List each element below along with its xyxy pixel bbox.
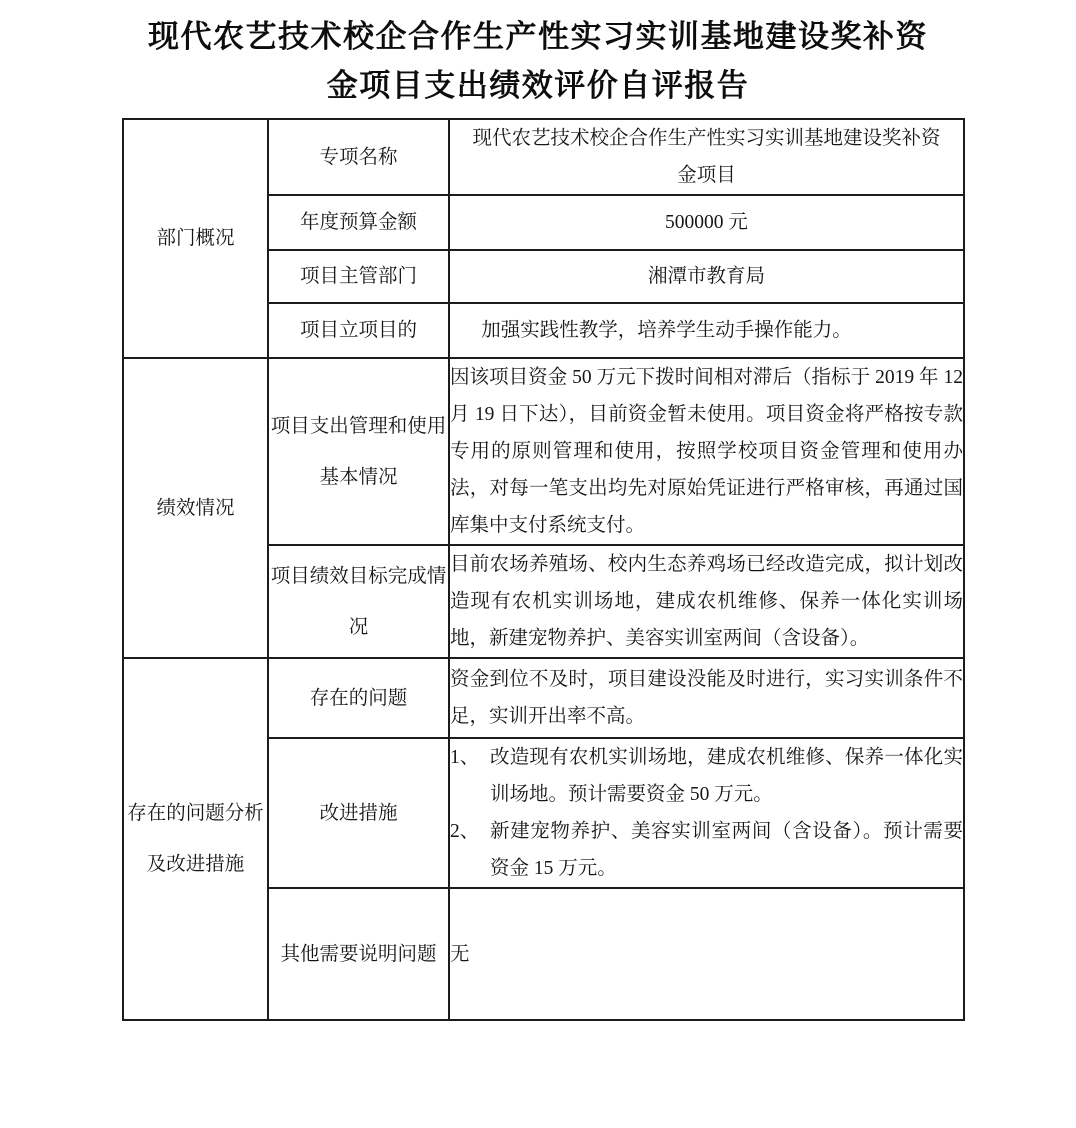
row-value-project-name: 现代农艺技术校企合作生产性实习实训基地建设奖补资金项目 — [449, 119, 964, 195]
row-value-other-notes: 无 — [449, 888, 964, 1020]
row-value-existing-problems: 资金到位不及时，项目建设没能及时进行，实习实训条件不足，实训开出率不高。 — [449, 658, 964, 738]
row-label-improvement-measures: 改进措施 — [268, 738, 449, 888]
table-row: 存在的问题分析及改进措施 存在的问题 资金到位不及时，项目建设没能及时进行，实习… — [123, 658, 964, 738]
measure-item-1-number: 1、 — [450, 739, 490, 813]
row-value-performance-goal-completion: 目前农场养殖场、校内生态养鸡场已经改造完成，拟计划改造现有农机实训场地，建成农机… — [449, 545, 964, 658]
row-value-improvement-measures: 1、 改造现有农机实训场地，建成农机维修、保养一体化实训场地。预计需要资金 50… — [449, 738, 964, 888]
report-title: 现代农艺技术校企合作生产性实习实训基地建设奖补资 金项目支出绩效评价自评报告 — [0, 0, 1076, 110]
table-row: 绩效情况 项目支出管理和使用基本情况 因该项目资金 50 万元下拨时间相对滞后（… — [123, 358, 964, 545]
row-label-other-notes: 其他需要说明问题 — [268, 888, 449, 1020]
row-label-project-purpose: 项目立项目的 — [268, 303, 449, 358]
measure-item-2-number: 2、 — [450, 813, 490, 887]
section-header-department-overview: 部门概况 — [123, 119, 268, 358]
section-header-problems-and-measures: 存在的问题分析及改进措施 — [123, 658, 268, 1020]
row-value-annual-budget: 500000 元 — [449, 195, 964, 250]
report-title-line1: 现代农艺技术校企合作生产性实习实训基地建设奖补资 — [0, 12, 1076, 61]
measure-item-1-text: 改造现有农机实训场地，建成农机维修、保养一体化实训场地。预计需要资金 50 万元… — [490, 739, 963, 813]
row-value-project-purpose: 加强实践性教学，培养学生动手操作能力。 — [449, 303, 964, 358]
measure-item-1: 1、 改造现有农机实训场地，建成农机维修、保养一体化实训场地。预计需要资金 50… — [450, 739, 963, 813]
row-label-supervising-department: 项目主管部门 — [268, 250, 449, 303]
row-value-expenditure-management: 因该项目资金 50 万元下拨时间相对滞后（指标于 2019 年 12 月 19 … — [449, 358, 964, 545]
row-label-existing-problems: 存在的问题 — [268, 658, 449, 738]
row-label-project-name: 专项名称 — [268, 119, 449, 195]
section-header-performance: 绩效情况 — [123, 358, 268, 658]
row-label-performance-goal-completion: 项目绩效目标完成情况 — [268, 545, 449, 658]
table-row: 部门概况 专项名称 现代农艺技术校企合作生产性实习实训基地建设奖补资金项目 — [123, 119, 964, 195]
measure-item-2: 2、 新建宠物养护、美容实训室两间（含设备）。预计需要资金 15 万元。 — [450, 813, 963, 887]
report-table: 部门概况 专项名称 现代农艺技术校企合作生产性实习实训基地建设奖补资金项目 年度… — [122, 118, 965, 1021]
row-value-supervising-department: 湘潭市教育局 — [449, 250, 964, 303]
row-label-annual-budget: 年度预算金额 — [268, 195, 449, 250]
measure-item-2-text: 新建宠物养护、美容实训室两间（含设备）。预计需要资金 15 万元。 — [490, 813, 963, 887]
report-title-line2: 金项目支出绩效评价自评报告 — [0, 61, 1076, 110]
row-label-expenditure-management: 项目支出管理和使用基本情况 — [268, 358, 449, 545]
